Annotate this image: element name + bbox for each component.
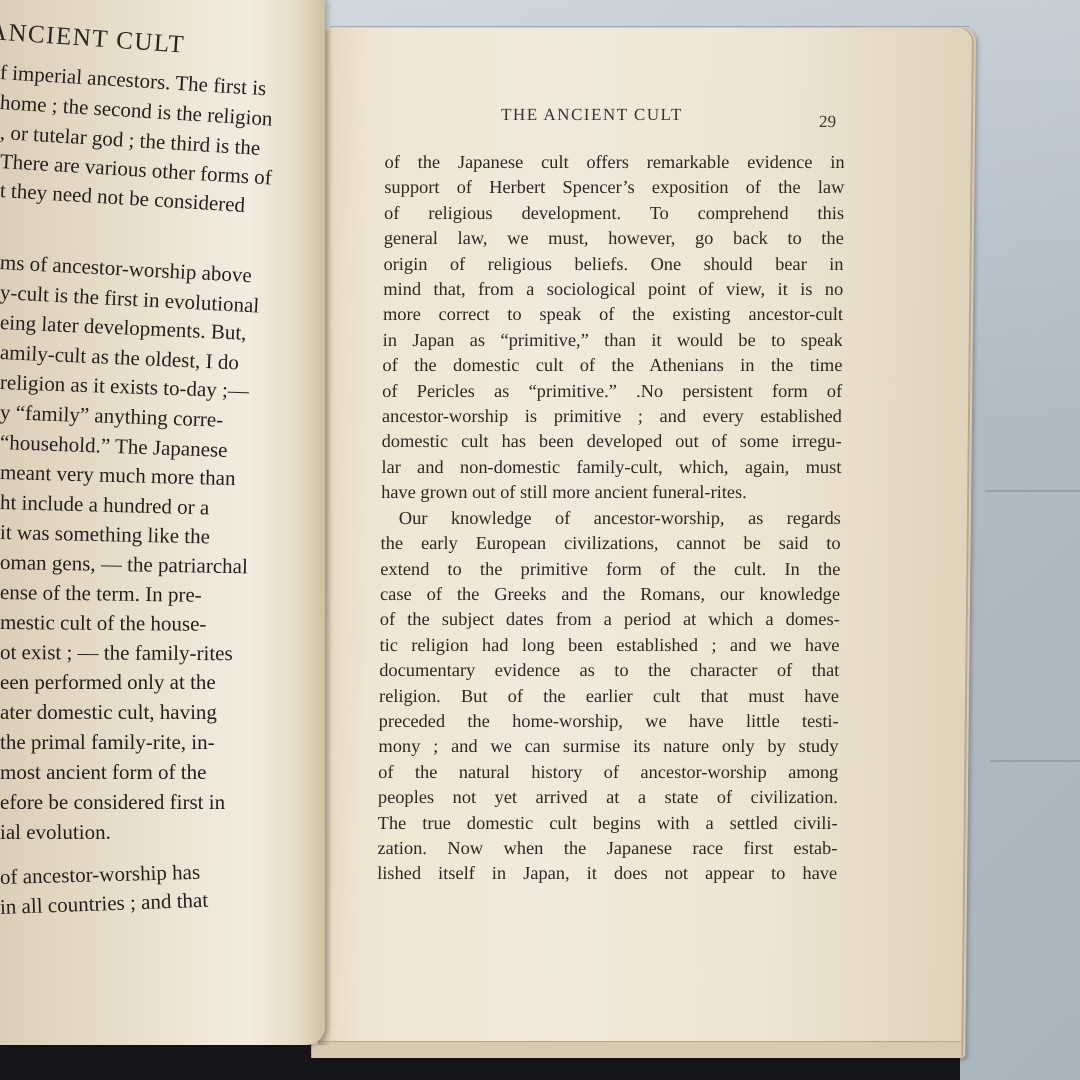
text-line: in all countries ; and that bbox=[0, 888, 209, 920]
page-edge bbox=[311, 1041, 961, 1058]
text-line: in Japan as “primitive,” than it would b… bbox=[383, 328, 843, 353]
running-head: THE ANCIENT CULT bbox=[501, 105, 683, 125]
text-line: meant very much more than bbox=[0, 460, 236, 491]
text-line: of the domestic cult of the Athenians in… bbox=[382, 353, 842, 378]
text-line: case of the Greeks and the Romans, our k… bbox=[380, 582, 840, 607]
text-line: of the subject dates from a period at wh… bbox=[380, 607, 840, 632]
text-line: “household.” The Japanese bbox=[0, 430, 228, 463]
text-line: zation. Now when the Japanese race first… bbox=[377, 836, 837, 861]
text-line: of ancestor-worship has bbox=[0, 860, 200, 890]
text-line: ense of the term. In pre- bbox=[0, 580, 202, 608]
text-line: ial evolution. bbox=[0, 820, 111, 845]
right-page: THE ANCIENT CULT 29 of the Japanese cult… bbox=[311, 28, 972, 1058]
text-line: The true domestic cult begins with a set… bbox=[378, 811, 838, 836]
text-line: y “family” anything corre- bbox=[0, 400, 224, 433]
left-page: ANCIENT CULT f imperial ancestors. The f… bbox=[0, 0, 325, 1045]
text-line: religion as it exists to-day ;— bbox=[0, 370, 249, 404]
text-line-paragraph-start: Our knowledge of ancestor-worship, as re… bbox=[381, 506, 841, 531]
text-line: the early European civilizations, cannot… bbox=[380, 531, 840, 556]
text-line: preceded the home-worship, we have littl… bbox=[379, 709, 839, 734]
page-body-text: of the Japanese cult offers remarkable e… bbox=[377, 150, 845, 887]
text-line: ht include a hundred or a bbox=[0, 490, 210, 520]
text-line: support of Herbert Spencer’s exposition … bbox=[384, 175, 844, 200]
text-line: oman gens, — the patriarchal bbox=[0, 550, 248, 579]
text-line: ot exist ; — the family-rites bbox=[0, 640, 233, 666]
text-line: ancestor-worship is primitive ; and ever… bbox=[382, 404, 842, 429]
text-line: mony ; and we can surmise its nature onl… bbox=[378, 734, 838, 759]
text-line: origin of religious beliefs. One should … bbox=[383, 252, 843, 277]
text-line: mestic cult of the house- bbox=[0, 610, 207, 637]
text-line: lar and non-domestic family-cult, which,… bbox=[381, 455, 841, 480]
text-line: mind that, from a sociological point of … bbox=[383, 277, 843, 302]
text-line: extend to the primitive form of the cult… bbox=[380, 557, 840, 582]
page-number: 29 bbox=[819, 112, 836, 132]
text-line: documentary evidence as to the character… bbox=[379, 658, 839, 683]
text-line: ater domestic cult, having bbox=[0, 700, 217, 725]
text-line: general law, we must, however, go back t… bbox=[384, 226, 844, 251]
text-line: more correct to speak of the existing an… bbox=[383, 302, 843, 327]
text-line: amily-cult as the oldest, I do bbox=[0, 340, 239, 375]
text-line: it was something like the bbox=[0, 520, 210, 549]
text-line: efore be considered first in bbox=[0, 790, 225, 815]
text-line: domestic cult has been developed out of … bbox=[382, 429, 842, 454]
text-line: of Pericles as “primitive.” .No persiste… bbox=[382, 379, 842, 404]
text-line: religion. But of the earlier cult that m… bbox=[379, 684, 839, 709]
text-line: tic religion had long been established ;… bbox=[379, 633, 839, 658]
text-line: een performed only at the bbox=[0, 670, 216, 695]
text-line: have grown out of still more ancient fun… bbox=[381, 480, 841, 505]
running-head-left: ANCIENT CULT bbox=[0, 18, 186, 60]
tile-grout-line bbox=[990, 760, 1080, 762]
text-line: of religious development. To comprehend … bbox=[384, 201, 844, 226]
text-line: peoples not yet arrived at a state of ci… bbox=[378, 785, 838, 810]
tile-grout-line bbox=[985, 490, 1080, 492]
text-line: of the natural history of ancestor-worsh… bbox=[378, 760, 838, 785]
text-line: of the Japanese cult offers remarkable e… bbox=[384, 150, 844, 175]
tile-grout-line bbox=[330, 26, 970, 27]
text-line: most ancient form of the bbox=[0, 760, 206, 785]
text-line: the primal family-rite, in- bbox=[0, 730, 215, 755]
text-line: lished itself in Japan, it does not appe… bbox=[377, 861, 837, 886]
